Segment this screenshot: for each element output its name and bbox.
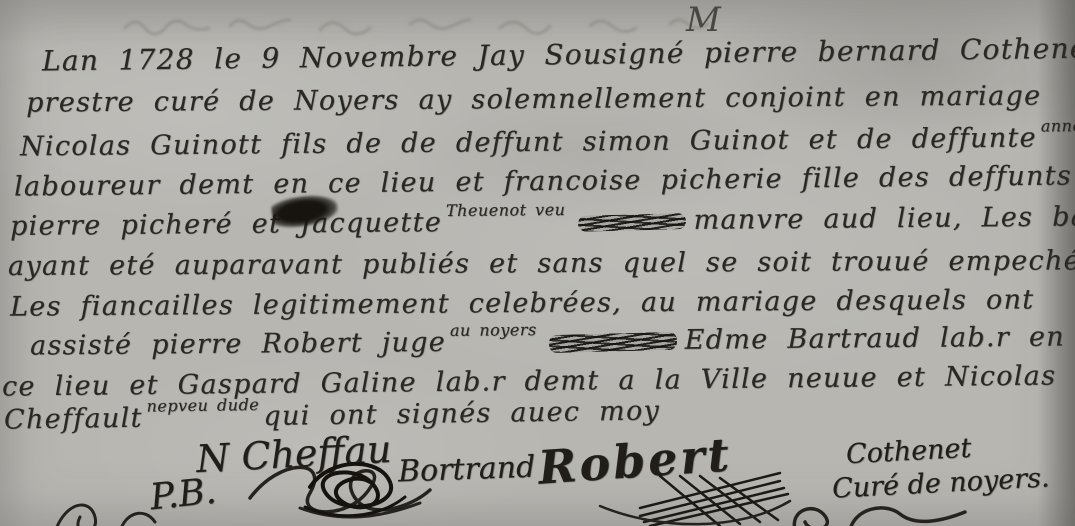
record-line-2: prestre curé de Noyers ay solemnellement…	[26, 80, 1042, 118]
record-line-10-text: Cheffault	[4, 403, 143, 436]
scratched-out-word-2	[549, 331, 677, 352]
record-line-4: laboureur demt en ce lieu et francoise p…	[14, 160, 1072, 202]
partial-signature-bottom-left	[50, 492, 170, 526]
record-line-3-text: Nicolas Guinott fils de de deffunt simon…	[20, 123, 1037, 163]
scratched-out-word	[577, 213, 685, 232]
record-line-6-text: ayant eté auparavant publiés et sans que…	[8, 245, 1075, 282]
interlinear-insertion-theuenot: Theuenot veu	[446, 200, 566, 220]
manuscript-page: M Lan 1728 le 9 Novembre Jay Sousigné pi…	[0, 0, 1075, 526]
record-line-7: Les fiancailles legitimement celebrées, …	[10, 284, 1035, 322]
interlinear-insertion-au-noyers: au noyers	[450, 320, 537, 340]
record-line-3: Nicolas Guinott fils de de deffunt simon…	[20, 121, 1075, 163]
signature-ink-knot	[300, 452, 410, 522]
record-line-5-text: pierre picheré et Jacquette	[10, 207, 442, 242]
record-line-6: ayant eté auparavant publiés et sans que…	[8, 245, 1075, 282]
margin-mark: M	[686, 0, 722, 40]
signature-bartrand: Bortrand	[397, 450, 535, 490]
record-line-8: assisté pierre Robert jugeau noyersEdme …	[30, 321, 1065, 361]
record-line-8-end: Edme Bartraud lab.r en	[685, 321, 1065, 355]
record-line-5-end: manvre aud lieu, Les bans	[693, 201, 1075, 236]
signature-cothenet: Cothenet	[845, 433, 972, 471]
record-line-8-text: assisté pierre Robert juge	[30, 327, 446, 362]
signature-robert-paraph	[640, 476, 790, 526]
record-line-10-end: qui ont signés auec moy	[263, 395, 660, 432]
record-line-5: pierre picheré et JacquetteTheuenot veum…	[10, 201, 1075, 242]
interlinear-insertion-anne: anne	[1041, 116, 1075, 135]
partial-signature-bottom-right	[790, 494, 970, 526]
interlinear-insertion-nepveu: nepveu dude	[146, 395, 259, 416]
